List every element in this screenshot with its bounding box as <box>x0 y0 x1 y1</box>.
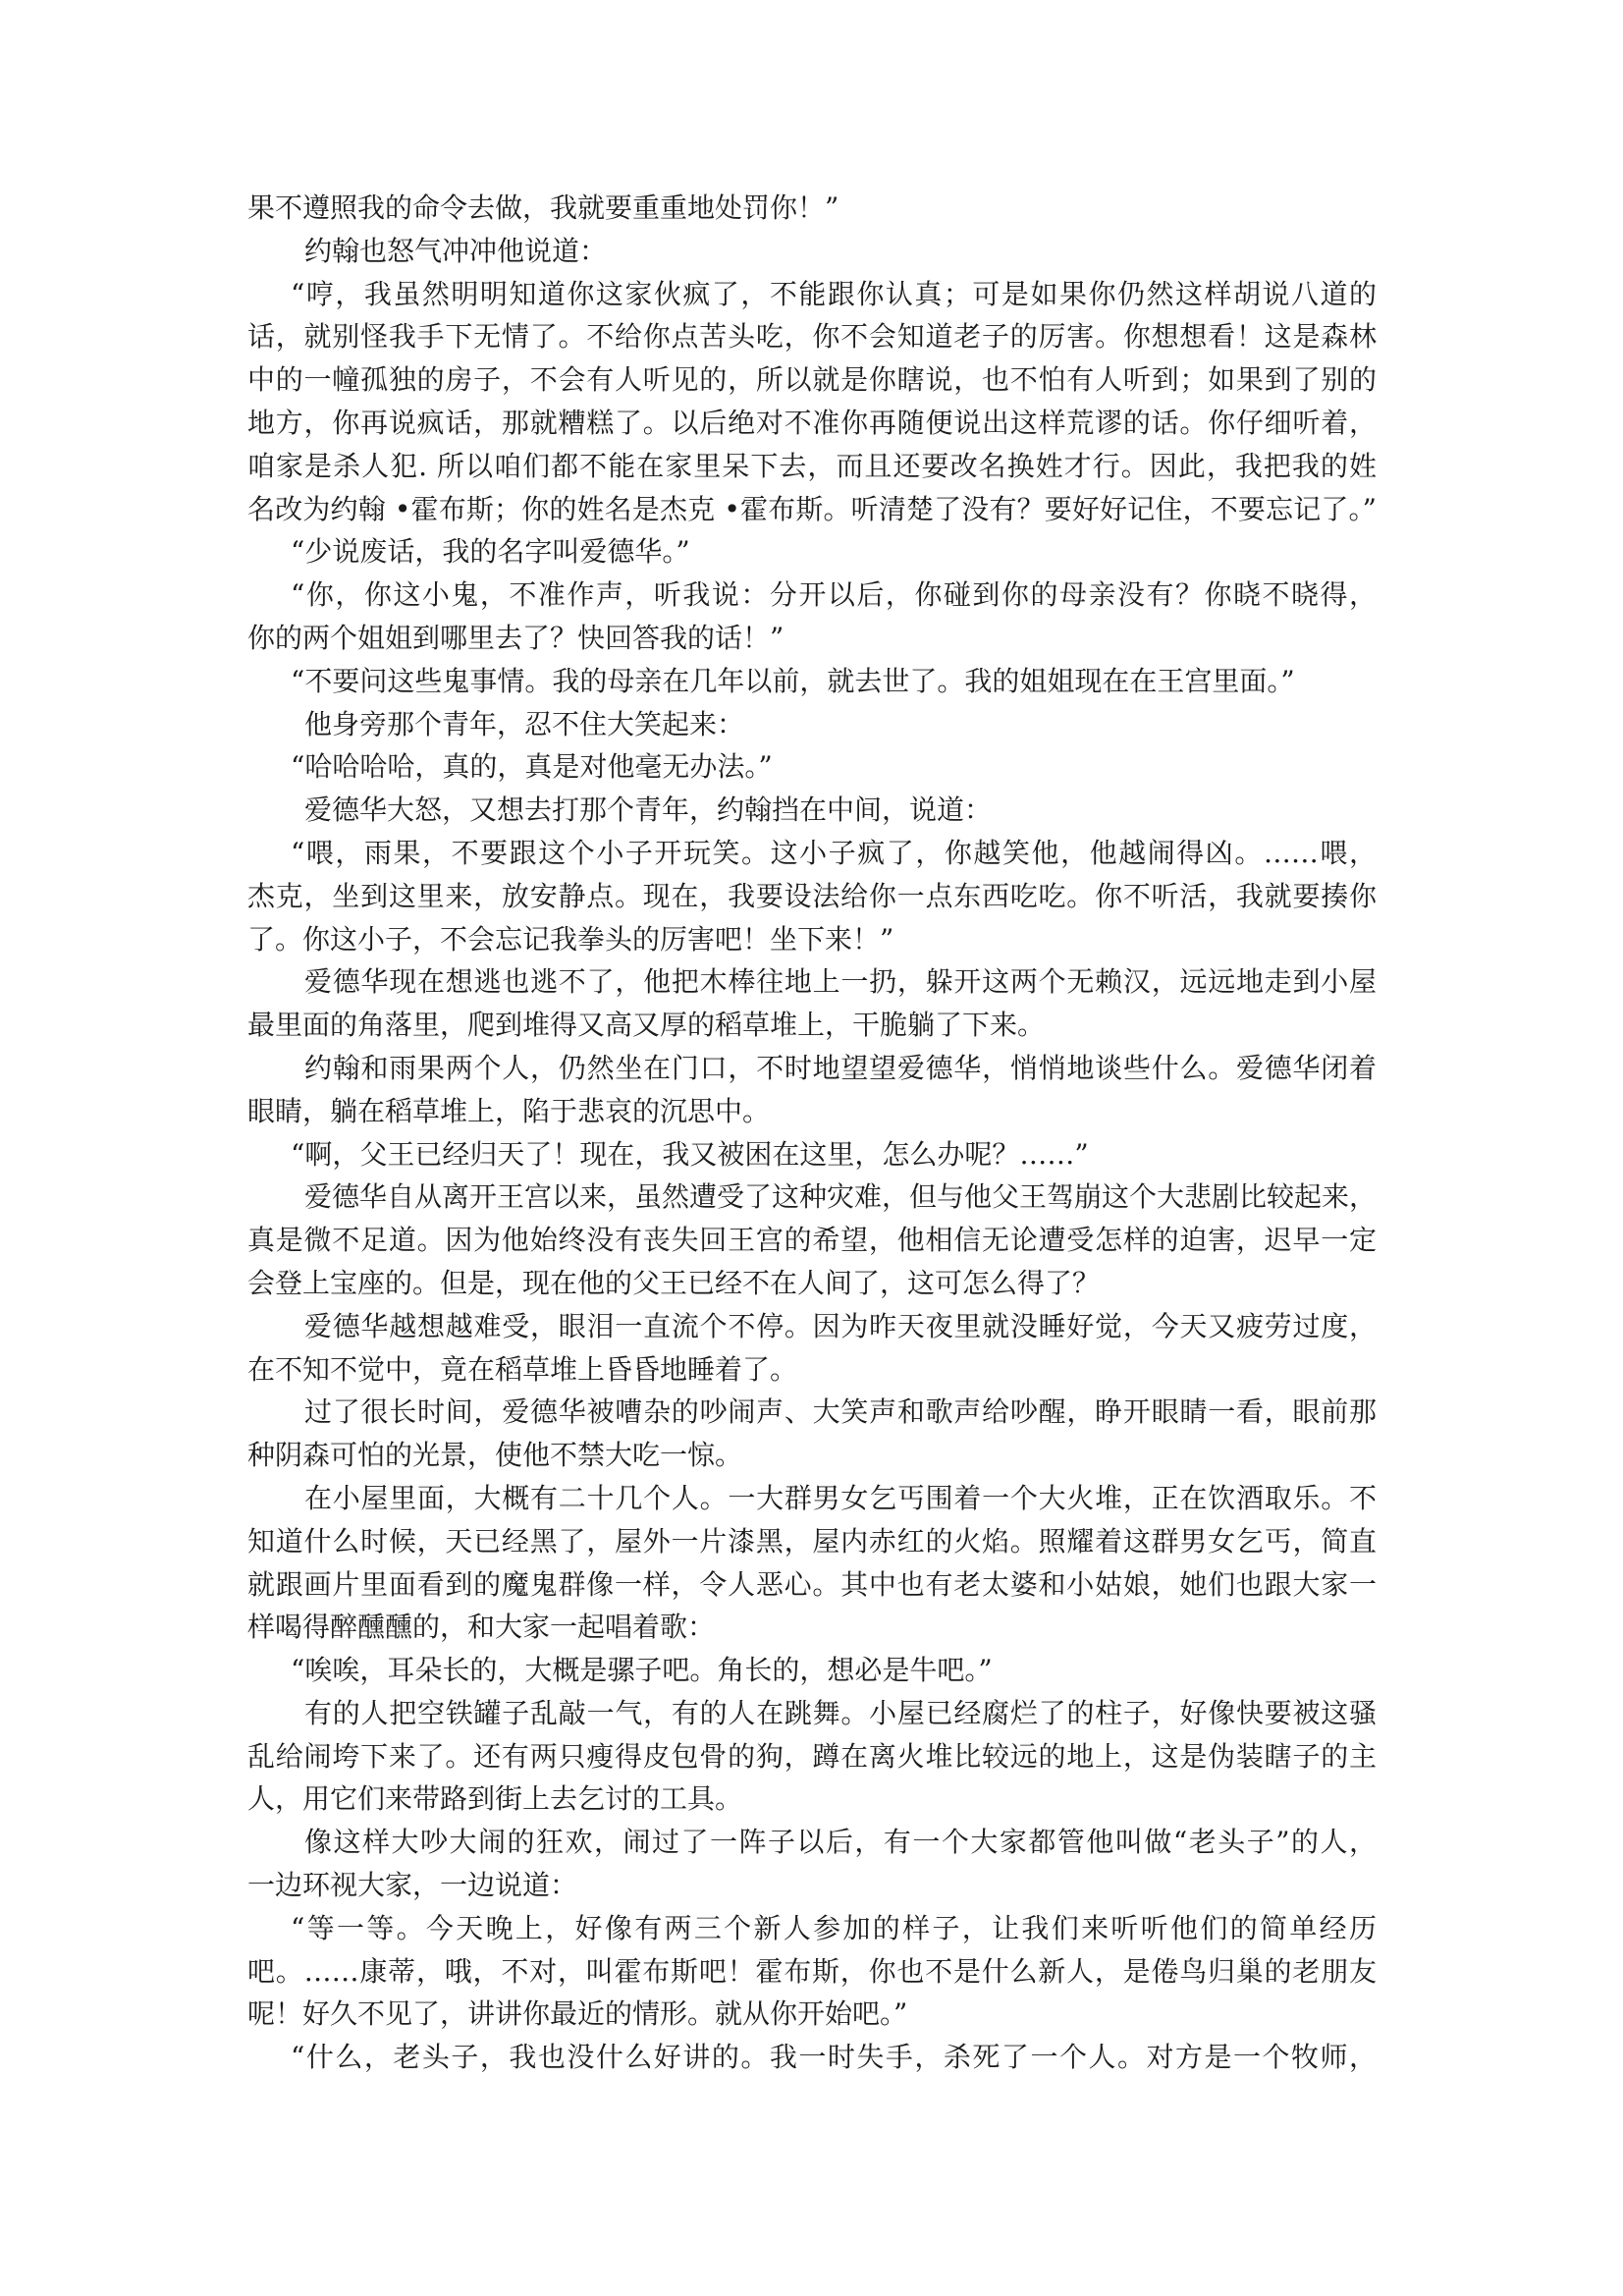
text-line: 眼睛，躺在稻草堆上，陷于悲哀的沉思中。 <box>247 1090 1377 1133</box>
text-line: 爱德华自从离开王宫以来，虽然遭受了这种灾难，但与他父王驾崩这个大悲剧比较起来， <box>247 1175 1377 1219</box>
text-line: “什么，老头子，我也没什么好讲的。我一时失手，杀死了一个人。对方是一个牧师， <box>247 2036 1377 2079</box>
text-line: 杰克，坐到这里来，放安静点。现在，我要设法给你一点东西吃吃。你不听活，我就要揍你 <box>247 875 1377 918</box>
text-line: “哈哈哈哈，真的，真是对他毫无办法。” <box>247 745 1377 789</box>
text-line: 一边环视大家，一边说道： <box>247 1864 1377 1907</box>
text-line: 爱德华越想越难受，眼泪一直流个不停。因为昨天夜里就没睡好觉，今天又疲劳过度， <box>247 1305 1377 1348</box>
text-line: “少说废话，我的名字叫爱德华。” <box>247 530 1377 574</box>
text-line: 像这样大吵大闹的狂欢，闹过了一阵子以后，有一个大家都管他叫做“老头子”的人， <box>247 1821 1377 1864</box>
text-line: “你，你这小鬼，不准作声，听我说：分开以后，你碰到你的母亲没有？你晓不晓得， <box>247 574 1377 617</box>
text-line: 在不知不觉中，竟在稻草堆上昏昏地睡着了。 <box>247 1348 1377 1392</box>
text-line: 了。你这小子，不会忘记我拳头的厉害吧！坐下来！” <box>247 918 1377 961</box>
text-line: 吧。……康蒂，哦，不对，叫霍布斯吧！霍布斯，你也不是什么新人，是倦鸟归巢的老朋友 <box>247 1950 1377 1994</box>
text-line: 中的一幢孤独的房子，不会有人听见的，所以就是你瞎说，也不怕有人听到；如果到了别的 <box>247 358 1377 402</box>
text-line: 真是微不足道。因为他始终没有丧失回王宫的希望，他相信无论遭受怎样的迫害，迟早一定 <box>247 1219 1377 1262</box>
text-line: 过了很长时间，爱德华被嘈杂的吵闹声、大笑声和歌声给吵醒，睁开眼睛一看，眼前那 <box>247 1391 1377 1434</box>
text-line: 有的人把空铁罐子乱敲一气，有的人在跳舞。小屋已经腐烂了的柱子，好像快要被这骚 <box>247 1692 1377 1735</box>
text-line: 最里面的角落里，爬到堆得又高又厚的稻草堆上，干脆躺了下来。 <box>247 1004 1377 1047</box>
text-line: 人，用它们来带路到街上去乞讨的工具。 <box>247 1777 1377 1821</box>
text-line: 呢！好久不见了，讲讲你最近的情形。就从你开始吧。” <box>247 1993 1377 2036</box>
text-line: 爱德华大怒，又想去打那个青年，约翰挡在中间，说道： <box>247 789 1377 832</box>
text-line: 在小屋里面，大概有二十几个人。一大群男女乞丐围着一个大火堆，正在饮酒取乐。不 <box>247 1477 1377 1520</box>
text-line: 名改为约翰 •霍布斯；你的姓名是杰克 •霍布斯。听清楚了没有？要好好记住，不要忘… <box>247 488 1377 531</box>
document-page: 果不遵照我的命令去做，我就要重重地处罚你！”约翰也怒气冲冲他说道：“哼，我虽然明… <box>247 187 1377 2079</box>
text-line: “等一等。今天晚上，好像有两三个新人参加的样子，让我们来听听他们的简单经历 <box>247 1907 1377 1950</box>
text-line: 约翰和雨果两个人，仍然坐在门口，不时地望望爱德华，悄悄地谈些什么。爱德华闭着 <box>247 1047 1377 1090</box>
text-line: “不要问这些鬼事情。我的母亲在几年以前，就去世了。我的姐姐现在在王宫里面。” <box>247 660 1377 703</box>
text-line: 乱给闹垮下来了。还有两只瘦得皮包骨的狗，蹲在离火堆比较远的地上，这是伪装瞎子的主 <box>247 1735 1377 1778</box>
text-line: “哼，我虽然明明知道你这家伙疯了，不能跟你认真；可是如果你仍然这样胡说八道的 <box>247 273 1377 316</box>
text-line: “喂，雨果，不要跟这个小子开玩笑。这小子疯了，你越笑他，他越闹得凶。……喂， <box>247 832 1377 875</box>
text-line: 约翰也怒气冲冲他说道： <box>247 230 1377 273</box>
text-line: 就跟画片里面看到的魔鬼群像一样，令人恶心。其中也有老太婆和小姑娘，她们也跟大家一 <box>247 1563 1377 1607</box>
text-line: 爱德华现在想逃也逃不了，他把木棒往地上一扔，躲开这两个无赖汉，远远地走到小屋 <box>247 960 1377 1004</box>
text-line: 你的两个姐姐到哪里去了？快回答我的话！” <box>247 617 1377 660</box>
text-line: 果不遵照我的命令去做，我就要重重地处罚你！” <box>247 187 1377 230</box>
text-line: 知道什么时候，天已经黑了，屋外一片漆黑，屋内赤红的火焰。照耀着这群男女乞丐，简直 <box>247 1520 1377 1563</box>
text-line: 他身旁那个青年，忍不住大笑起来： <box>247 703 1377 746</box>
text-line: 会登上宝座的。但是，现在他的父王已经不在人间了，这可怎么得了？ <box>247 1262 1377 1305</box>
text-line: “啊，父王已经归天了！现在，我又被困在这里，怎么办呢？……” <box>247 1133 1377 1176</box>
text-line: 话，就别怪我手下无情了。不给你点苦头吃，你不会知道老子的厉害。你想想看！这是森林 <box>247 315 1377 358</box>
text-line: 种阴森可怕的光景，使他不禁大吃一惊。 <box>247 1434 1377 1477</box>
text-line: “唉唉，耳朵长的，大概是骡子吧。角长的，想必是牛吧。” <box>247 1649 1377 1692</box>
text-line: 咱家是杀人犯. 所以咱们都不能在家里呆下去，而且还要改名换姓才行。因此，我把我的… <box>247 445 1377 488</box>
text-line: 样喝得醉醺醺的，和大家一起唱着歌： <box>247 1606 1377 1649</box>
text-line: 地方，你再说疯话，那就糟糕了。以后绝对不准你再随便说出这样荒谬的话。你仔细听着， <box>247 402 1377 445</box>
